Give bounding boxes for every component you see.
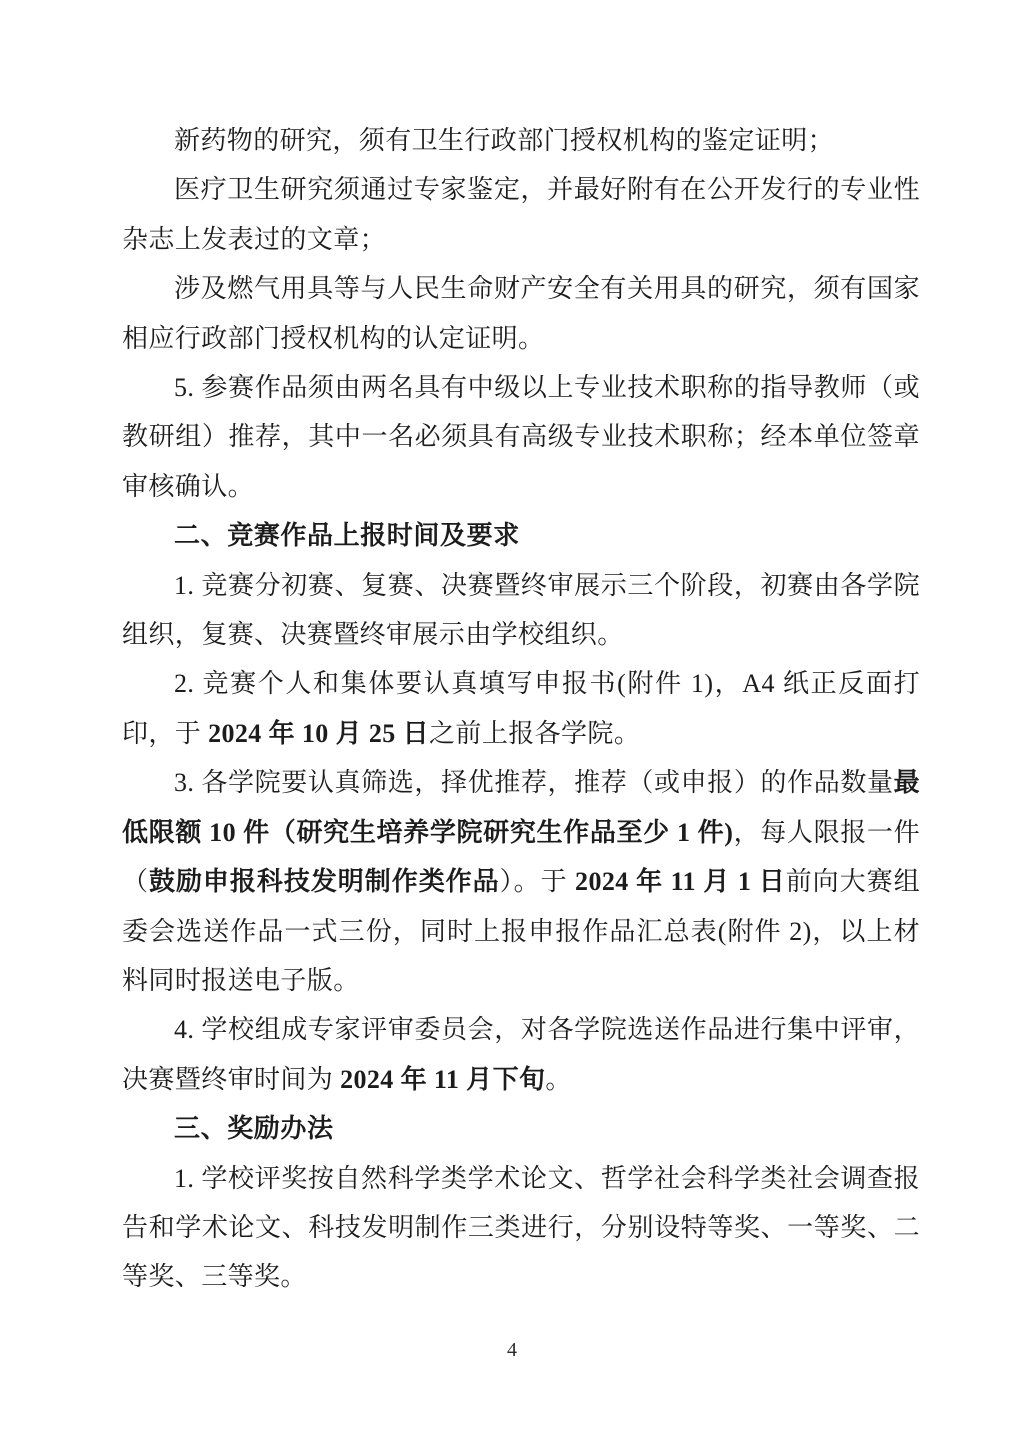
paragraph: 5. 参赛作品须由两名具有中级以上专业技术职称的指导教师（或教研组）推荐，其中一… bbox=[122, 363, 920, 511]
text-run: 5. 参赛作品须由两名具有中级以上专业技术职称的指导教师（或教研组）推荐，其中一… bbox=[122, 373, 920, 501]
paragraph: 涉及燃气用具等与人民生命财产安全有关用具的研究，须有国家相应行政部门授权机构的认… bbox=[122, 264, 920, 363]
text-run: 之前上报各学院。 bbox=[429, 719, 640, 748]
text-run: 。 bbox=[545, 1065, 571, 1094]
text-run: 新药物的研究，须有卫生行政部门授权机构的鉴定证明； bbox=[174, 126, 834, 155]
paragraph: 4. 学校组成专家评审委员会，对各学院选送作品进行集中评审，决赛暨终审时间为 2… bbox=[122, 1005, 920, 1104]
text-run: 鼓励申报科技发明制作类作品 bbox=[149, 867, 500, 896]
paragraph: 新药物的研究，须有卫生行政部门授权机构的鉴定证明； bbox=[122, 116, 920, 165]
text-run: ）。于 bbox=[500, 867, 575, 896]
section-heading: 二、竞赛作品上报时间及要求 bbox=[122, 511, 920, 560]
page-footer: 4 bbox=[0, 1338, 1024, 1362]
paragraph: 3. 各学院要认真筛选，择优推荐，推荐（或申报）的作品数量最低限额 10 件（研… bbox=[122, 758, 920, 1005]
paragraph: 2. 竞赛个人和集体要认真填写申报书(附件 1)，A4 纸正反面打印，于 202… bbox=[122, 659, 920, 758]
document-body: 新药物的研究，须有卫生行政部门授权机构的鉴定证明；医疗卫生研究须通过专家鉴定，并… bbox=[122, 116, 920, 1302]
page-number: 4 bbox=[507, 1339, 517, 1361]
paragraph: 1. 学校评奖按自然科学类学术论文、哲学社会科学类社会调查报告和学术论文、科技发… bbox=[122, 1154, 920, 1302]
text-run: 三、奖励办法 bbox=[174, 1114, 334, 1143]
paragraph: 1. 竞赛分初赛、复赛、决赛暨终审展示三个阶段，初赛由各学院组织，复赛、决赛暨终… bbox=[122, 561, 920, 660]
text-run: 涉及燃气用具等与人民生命财产安全有关用具的研究，须有国家相应行政部门授权机构的认… bbox=[122, 274, 920, 352]
text-run: 医疗卫生研究须通过专家鉴定，并最好附有在公开发行的专业性杂志上发表过的文章； bbox=[122, 175, 920, 253]
document-page: 新药物的研究，须有卫生行政部门授权机构的鉴定证明；医疗卫生研究须通过专家鉴定，并… bbox=[0, 0, 1024, 1448]
paragraph: 医疗卫生研究须通过专家鉴定，并最好附有在公开发行的专业性杂志上发表过的文章； bbox=[122, 165, 920, 264]
text-run: 2024 年 11 月下旬 bbox=[340, 1065, 545, 1094]
text-run: 1. 学校评奖按自然科学类学术论文、哲学社会科学类社会调查报告和学术论文、科技发… bbox=[122, 1164, 920, 1292]
text-run: 1. 竞赛分初赛、复赛、决赛暨终审展示三个阶段，初赛由各学院组织，复赛、决赛暨终… bbox=[122, 571, 920, 649]
text-run: 二、竞赛作品上报时间及要求 bbox=[174, 521, 520, 550]
text-run: 2024 年 10 月 25 日 bbox=[208, 719, 429, 748]
text-run: 2024 年 11 月 1 日 bbox=[575, 867, 786, 896]
section-heading: 三、奖励办法 bbox=[122, 1104, 920, 1153]
text-run: 3. 各学院要认真筛选，择优推荐，推荐（或申报）的作品数量 bbox=[174, 768, 894, 797]
